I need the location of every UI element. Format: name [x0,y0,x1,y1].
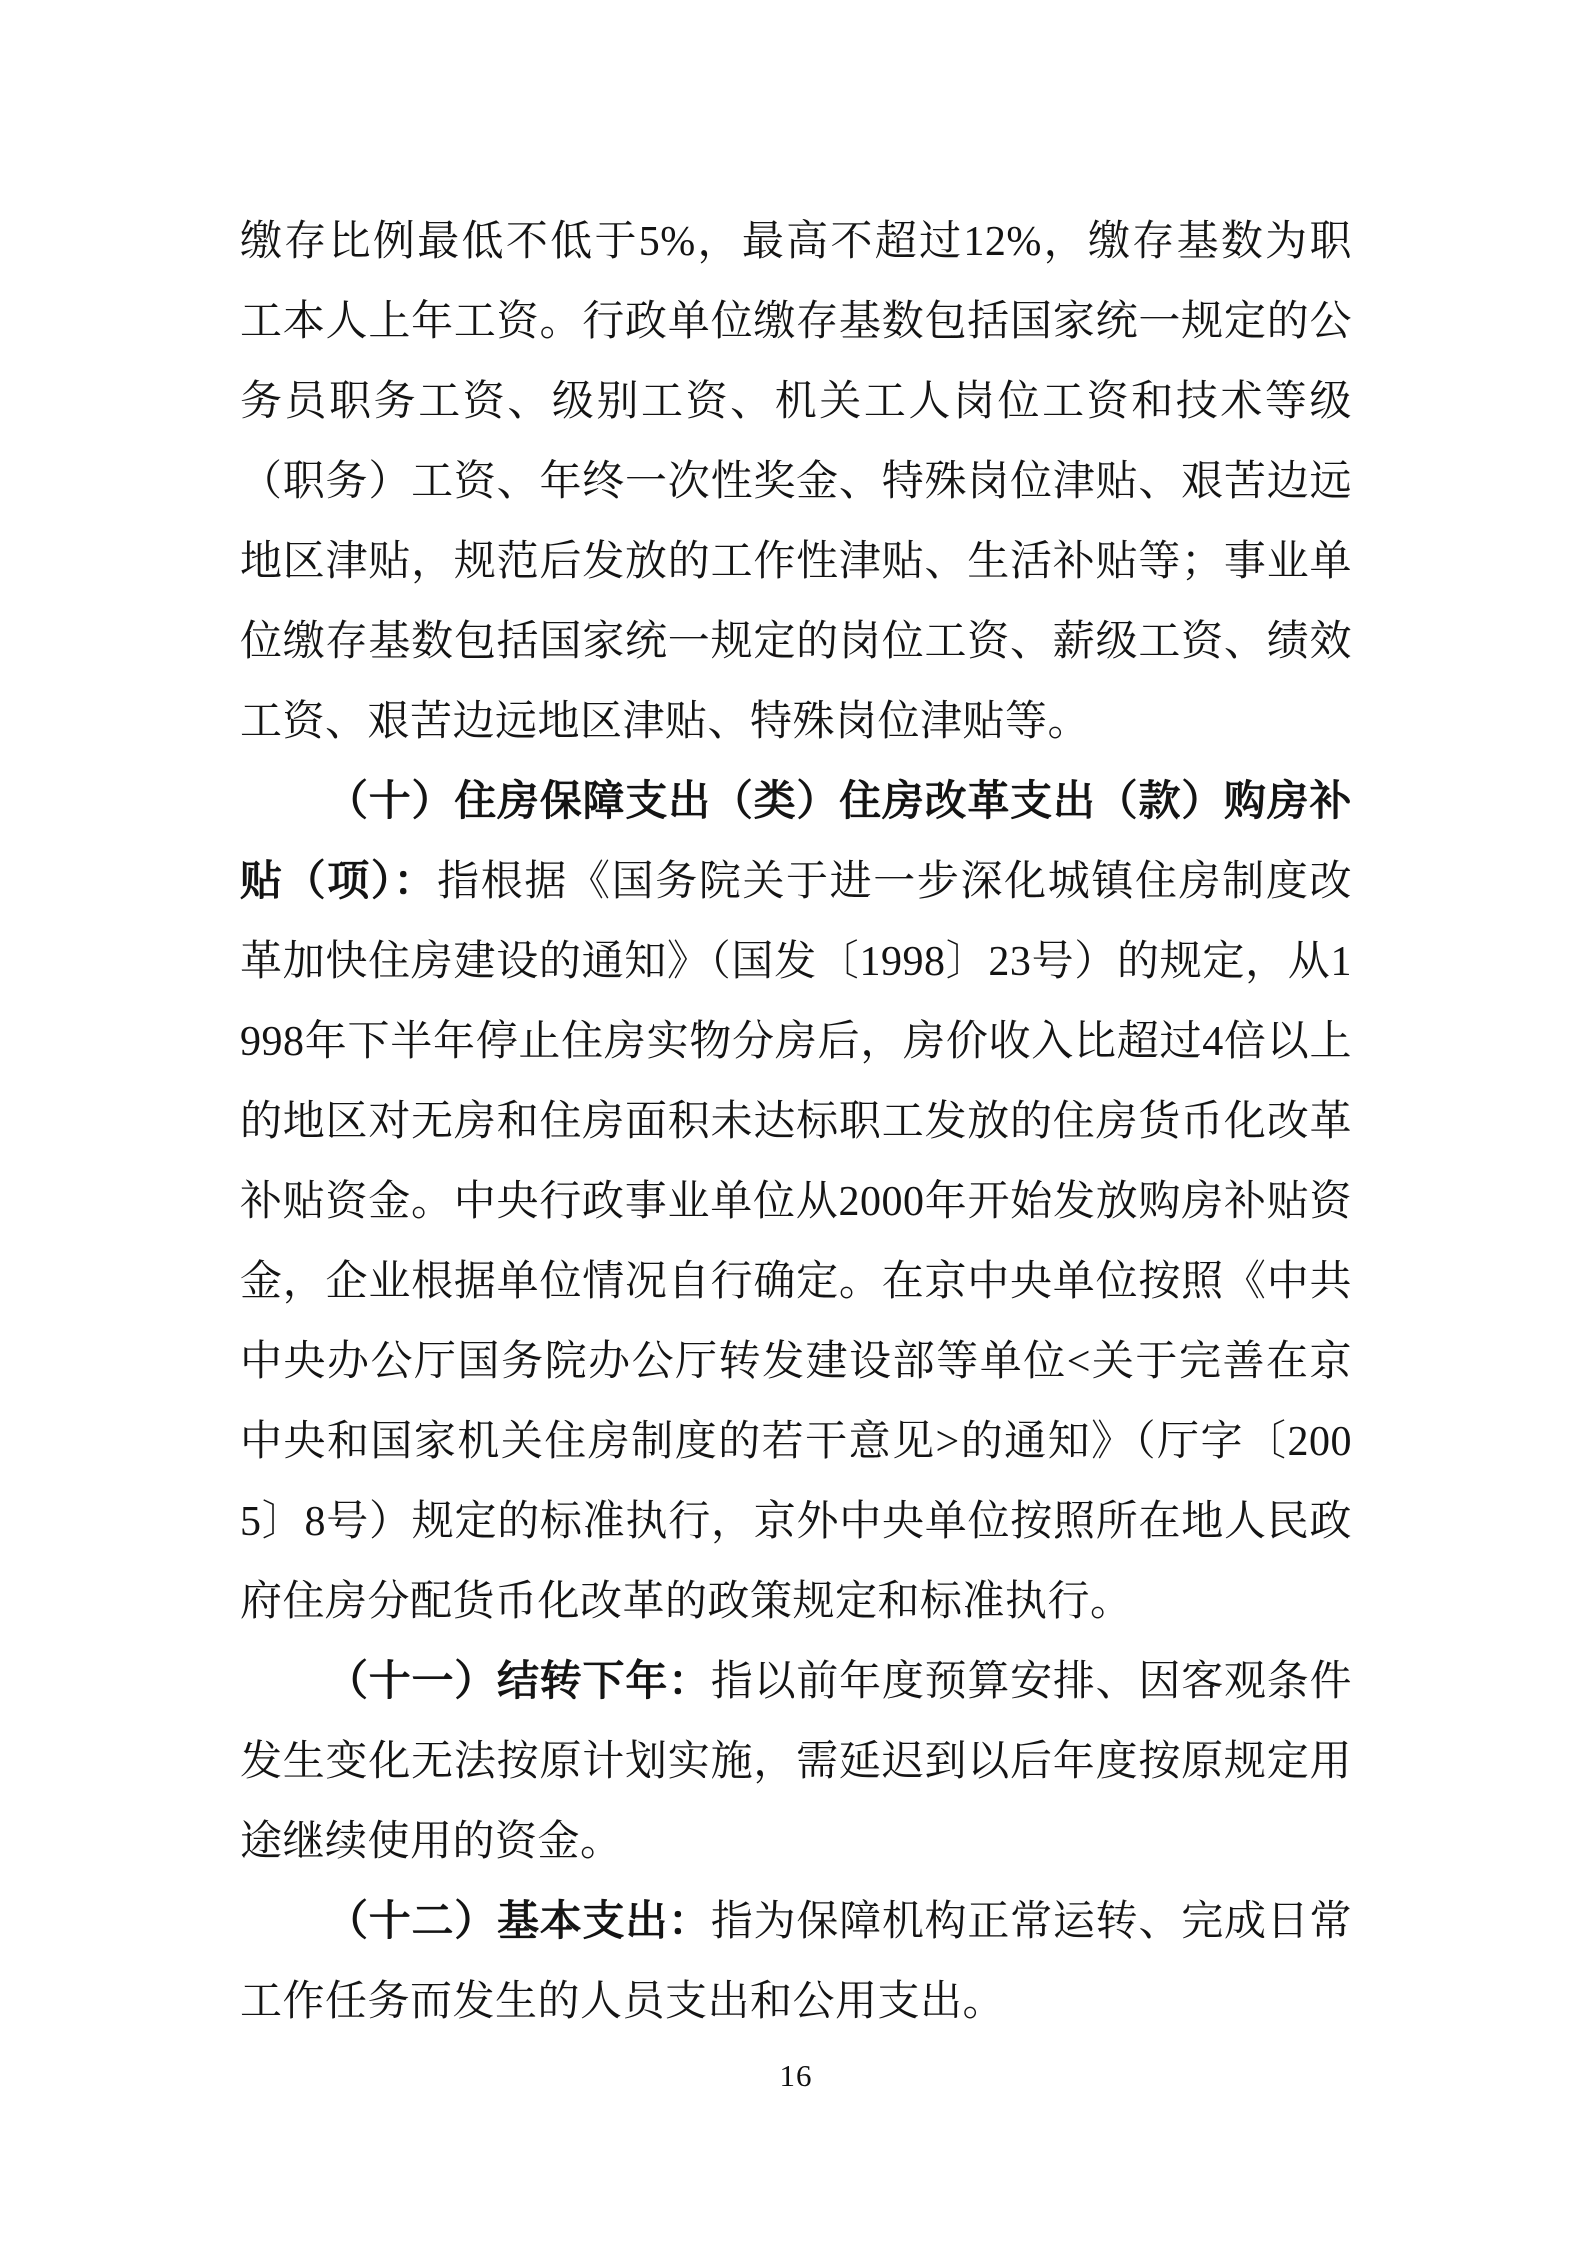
paragraph-text: 指根据《国务院关于进一步深化城镇住房制度改革加快住房建设的通知》（国发〔1998… [240,859,1352,1625]
paragraph-lead: （十一）结转下年： [326,1659,711,1705]
page-number: 16 [780,2058,813,2093]
document-page: 缴存比例最低不低于5%，最高不超过12%，缴存基数为职工本人上年工资。行政单位缴… [0,0,1587,2245]
page-footer: 16 [240,2058,1352,2094]
paragraph-item-12-basic-expenditure: （十二）基本支出：指为保障机构正常运转、完成日常工作任务而发生的人员支出和公用支… [240,1882,1352,2042]
paragraph-housing-fund-continuation: 缴存比例最低不低于5%，最高不超过12%，缴存基数为职工本人上年工资。行政单位缴… [240,202,1352,762]
document-body: 缴存比例最低不低于5%，最高不超过12%，缴存基数为职工本人上年工资。行政单位缴… [240,202,1352,2042]
paragraph-item-11-carryover: （十一）结转下年：指以前年度预算安排、因客观条件发生变化无法按原计划实施，需延迟… [240,1642,1352,1882]
paragraph-text: 缴存比例最低不低于5%，最高不超过12%，缴存基数为职工本人上年工资。行政单位缴… [240,219,1352,745]
paragraph-lead: （十二）基本支出： [326,1899,711,1945]
paragraph-item-10-housing-subsidy: （十）住房保障支出（类）住房改革支出（款）购房补贴（项）：指根据《国务院关于进一… [240,762,1352,1642]
